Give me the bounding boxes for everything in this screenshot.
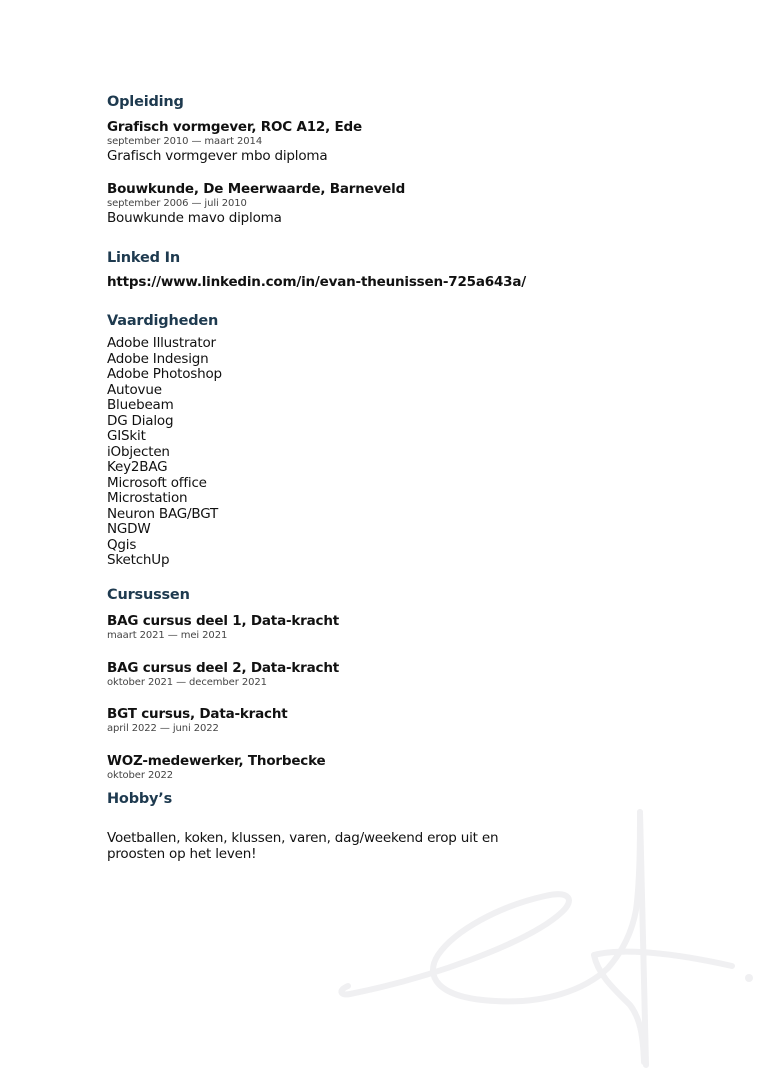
skill-item: Qgis: [107, 538, 222, 554]
course-date: april 2022 — juni 2022: [107, 723, 288, 735]
education-title: Bouwkunde, De Meerwaarde, Barneveld: [107, 181, 405, 198]
skill-item: SketchUp: [107, 553, 222, 569]
education-date: september 2010 — maart 2014: [107, 136, 362, 148]
skill-item: Adobe Photoshop: [107, 367, 222, 383]
section-heading-linkedin: Linked In: [107, 248, 180, 268]
skill-item: Adobe Indesign: [107, 352, 222, 368]
skill-item: Key2BAG: [107, 460, 222, 476]
course-entry: WOZ-medewerker, Thorbecke oktober 2022: [107, 753, 325, 782]
linkedin-url[interactable]: https://www.linkedin.com/in/evan-theunis…: [107, 274, 526, 291]
skill-item: Microsoft office: [107, 476, 222, 492]
skill-item: iObjecten: [107, 445, 222, 461]
skill-item: Microstation: [107, 491, 222, 507]
section-heading-courses: Cursussen: [107, 585, 190, 605]
skills-list: Adobe Illustrator Adobe Indesign Adobe P…: [107, 336, 222, 569]
skill-item: NGDW: [107, 522, 222, 538]
course-title: WOZ-medewerker, Thorbecke: [107, 753, 325, 770]
skill-item: GISkit: [107, 429, 222, 445]
course-entry: BAG cursus deel 1, Data-kracht maart 202…: [107, 613, 339, 642]
education-entry: Grafisch vormgever, ROC A12, Ede septemb…: [107, 119, 362, 164]
section-heading-education: Opleiding: [107, 92, 184, 112]
education-description: Bouwkunde mavo diploma: [107, 210, 405, 226]
course-date: oktober 2022: [107, 770, 325, 782]
hobbies-text: Voetballen, koken, klussen, varen, dag/w…: [107, 831, 507, 862]
education-entry: Bouwkunde, De Meerwaarde, Barneveld sept…: [107, 181, 405, 226]
skill-item: Autovue: [107, 383, 222, 399]
course-title: BGT cursus, Data-kracht: [107, 706, 288, 723]
education-date: september 2006 — juli 2010: [107, 198, 405, 210]
skill-item: Neuron BAG/BGT: [107, 507, 222, 523]
section-heading-hobbies: Hobby’s: [107, 789, 172, 809]
skill-item: DG Dialog: [107, 414, 222, 430]
course-entry: BAG cursus deel 2, Data-kracht oktober 2…: [107, 660, 339, 689]
course-date: oktober 2021 — december 2021: [107, 677, 339, 689]
course-date: maart 2021 — mei 2021: [107, 630, 339, 642]
education-description: Grafisch vormgever mbo diploma: [107, 148, 362, 164]
course-title: BAG cursus deel 1, Data-kracht: [107, 613, 339, 630]
skill-item: Adobe Illustrator: [107, 336, 222, 352]
section-heading-skills: Vaardigheden: [107, 311, 218, 331]
course-entry: BGT cursus, Data-kracht april 2022 — jun…: [107, 706, 288, 735]
skill-item: Bluebeam: [107, 398, 222, 414]
course-title: BAG cursus deel 2, Data-kracht: [107, 660, 339, 677]
education-title: Grafisch vormgever, ROC A12, Ede: [107, 119, 362, 136]
